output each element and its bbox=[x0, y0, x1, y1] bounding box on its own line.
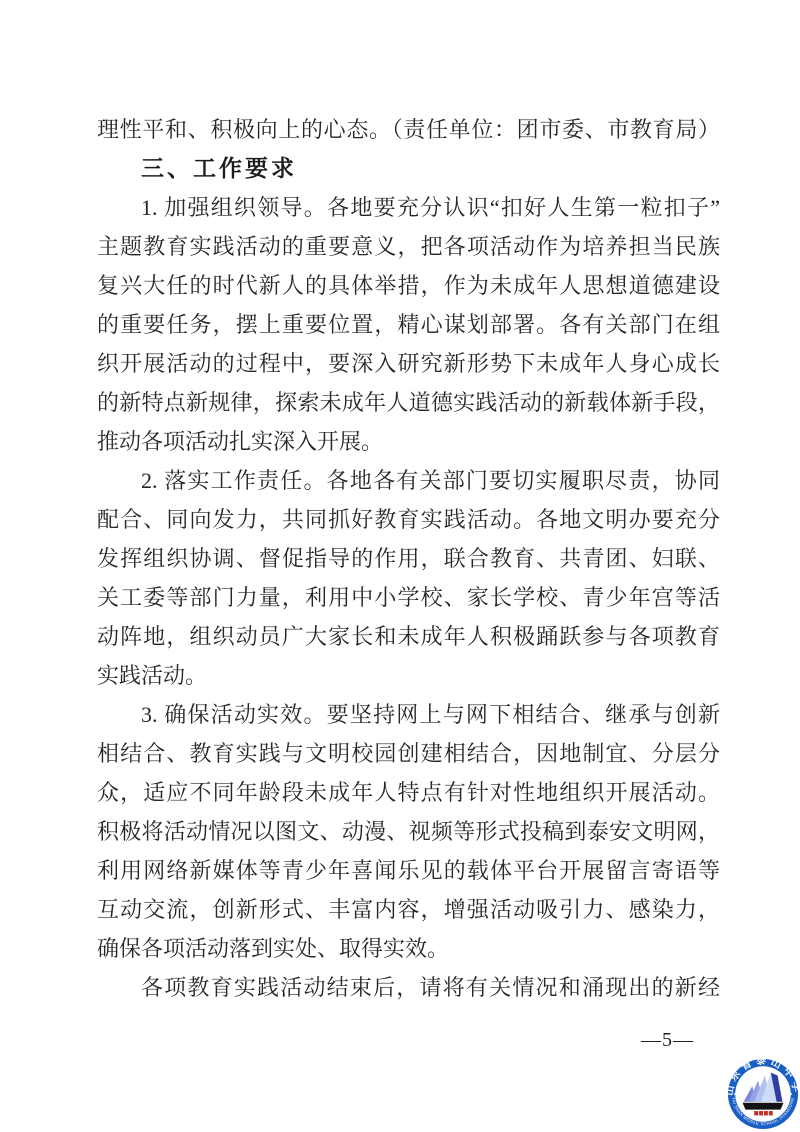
document-text-block: 理性平和、积极向上的心态。（责任单位：团市委、市教育局） 三、工作要求 1. 加… bbox=[97, 110, 720, 1007]
logo-ring-dot-right bbox=[790, 1093, 792, 1095]
school-logo: 山东省泰山中学 TAI SHAN MIDDLE SCHOOL SHANDONG bbox=[726, 1057, 800, 1131]
logo-ring-dot-left bbox=[734, 1093, 736, 1095]
text-line: 配合、同向发力，共同抓好教育实践活动。各地文明办要充分 bbox=[97, 500, 720, 539]
text-line: 织开展活动的过程中，要深入研究新形势下未成年人身心成长 bbox=[97, 344, 720, 383]
text-line: 复兴大任的时代新人的具体举措，作为未成年人思想道德建设 bbox=[97, 266, 720, 305]
text-line: 理性平和、积极向上的心态。（责任单位：团市委、市教育局） bbox=[97, 110, 720, 149]
text-line: 利用网络新媒体等青少年喜闻乐见的载体平台开展留言寄语等 bbox=[97, 851, 720, 890]
logo-base-icon bbox=[743, 1103, 784, 1110]
scanned-document-page: 理性平和、积极向上的心态。（责任单位：团市委、市教育局） 三、工作要求 1. 加… bbox=[0, 0, 800, 1132]
text-line: 各项教育实践活动结束后，请将有关情况和涌现出的新经 bbox=[97, 968, 720, 1007]
page-number: —5— bbox=[641, 1029, 694, 1052]
text-line: 的新特点新规律，探索未成年人道德实践活动的新载体新手段， bbox=[97, 383, 720, 422]
text-line: 确保各项活动落到实处、取得实效。 bbox=[97, 929, 720, 968]
text-line: 互动交流，创新形式、丰富内容，增强活动吸引力、感染力， bbox=[97, 890, 720, 929]
text-line: 2. 落实工作责任。各地各有关部门要切实履职尽责，协同 bbox=[97, 461, 720, 500]
text-line: 发挥组织协调、督促指导的作用，联合教育、共青团、妇联、 bbox=[97, 539, 720, 578]
text-line: 3. 确保活动实效。要坚持网上与网下相结合、继承与创新 bbox=[97, 695, 720, 734]
text-line: 1. 加强组织领导。各地要充分认识“扣好人生第一粒扣子” bbox=[97, 188, 720, 227]
section-heading: 三、工作要求 bbox=[97, 149, 720, 188]
text-line: 主题教育实践活动的重要意义，把各项活动作为培养担当民族 bbox=[97, 227, 720, 266]
text-line: 相结合、教育实践与文明校园创建相结合，因地制宜、分层分 bbox=[97, 734, 720, 773]
text-line: 推动各项活动扎实深入开展。 bbox=[97, 422, 720, 461]
text-line: 关工委等部门力量，利用中小学校、家长学校、青少年宫等活 bbox=[97, 578, 720, 617]
text-line: 实践活动。 bbox=[97, 656, 720, 695]
text-line: 众，适应不同年龄段未成年人特点有针对性地组织开展活动。 bbox=[97, 773, 720, 812]
text-line: 积极将活动情况以图文、动漫、视频等形式投稿到泰安文明网， bbox=[97, 812, 720, 851]
text-line: 的重要任务，摆上重要位置，精心谋划部署。各有关部门在组 bbox=[97, 305, 720, 344]
text-line: 动阵地，组织动员广大家长和未成年人积极踊跃参与各项教育 bbox=[97, 617, 720, 656]
